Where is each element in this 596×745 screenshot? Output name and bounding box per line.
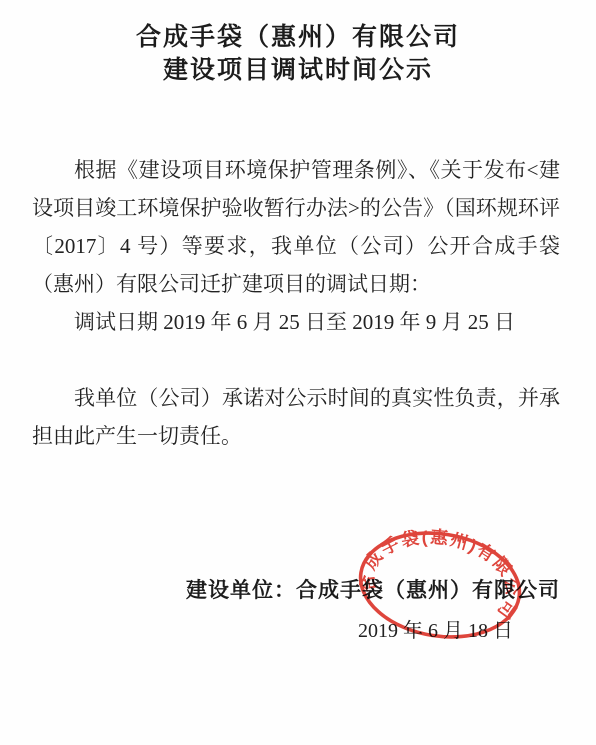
signature-block: 建设单位：合成手袋（惠州）有限公司 2019 年 6 月 18 日	[0, 571, 596, 651]
paragraph-commitment: 我单位（公司）承诺对公示时间的真实性负责，并承担由此产生一切责任。	[32, 379, 560, 455]
paragraph-legal-basis: 根据《建设项目环境保护管理条例》、《关于发布<建设项目竣工环境保护验收暂行办法>…	[32, 151, 560, 303]
signature-date-line: 2019 年 6 月 18 日	[0, 611, 596, 651]
paragraph-commissioning-dates: 调试日期 2019 年 6 月 25 日至 2019 年 9 月 25 日	[32, 303, 560, 341]
doc-body: 根据《建设项目环境保护管理条例》、《关于发布<建设项目竣工环境保护验收暂行办法>…	[0, 151, 596, 455]
doc-title-line-1: 合成手袋（惠州）有限公司	[0, 21, 596, 54]
document-page: 合成手袋（惠州）有限公司 建设项目调试时间公示 根据《建设项目环境保护管理条例》…	[0, 0, 596, 745]
builder-unit-line: 建设单位：合成手袋（惠州）有限公司	[0, 571, 596, 611]
doc-title: 合成手袋（惠州）有限公司 建设项目调试时间公示	[0, 21, 596, 87]
doc-title-line-2: 建设项目调试时间公示	[0, 54, 596, 87]
